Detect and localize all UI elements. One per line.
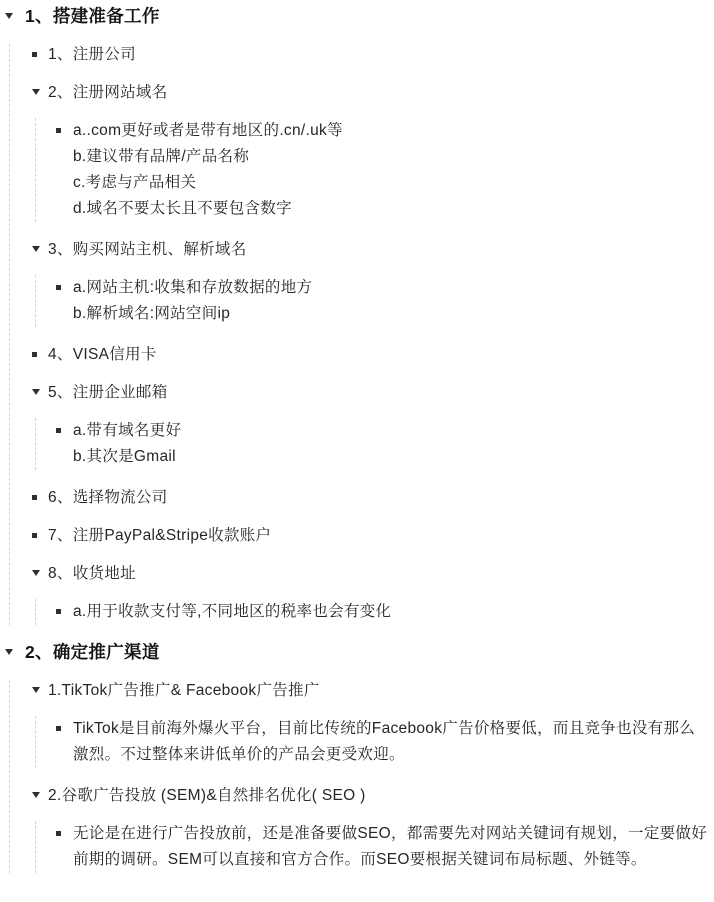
bullet-icon: [56, 609, 61, 614]
outline-item: 5、注册企业邮箱 a.带有域名更好 b.其次是Gmail: [10, 382, 714, 470]
section-children-group: 1.TikTok广告推广& Facebook广告推广 TikTok是目前海外爆火…: [9, 680, 714, 873]
outline-item-label: 2、注册网站域名: [48, 82, 176, 103]
bullet-icon: [56, 831, 61, 836]
marker-cell: [32, 344, 48, 357]
collapse-triangle-icon[interactable]: [32, 89, 40, 95]
note-text-line: a.带有域名更好: [73, 418, 708, 444]
section-title: 1、搭建准备工作: [25, 5, 168, 27]
note-text-line: c.考虑与产品相关: [73, 170, 708, 196]
item-children-group: TikTok是目前海外爆火平台，目前比传统的Facebook广告价格要低，而且竞…: [35, 716, 714, 768]
bullet-icon: [32, 52, 37, 57]
marker-cell: [32, 525, 48, 538]
outline-item-label: 1、注册公司: [48, 44, 144, 65]
marker-cell: [32, 563, 48, 576]
outline-item: 1.TikTok广告推广& Facebook广告推广 TikTok是目前海外爆火…: [10, 680, 714, 768]
note-text-line: a..com更好或者是带有地区的.cn/.uk等: [73, 118, 708, 144]
bullet-icon: [56, 726, 61, 731]
outline-item-label: 6、选择物流公司: [48, 487, 176, 508]
outline-heading-row: 2、确定推广渠道: [0, 641, 714, 663]
outline-note-row: a.带有域名更好 b.其次是Gmail: [36, 418, 714, 470]
marker-cell: [5, 641, 25, 655]
collapse-triangle-icon[interactable]: [5, 13, 13, 19]
note-text-block: TikTok是目前海外爆火平台，目前比传统的Facebook广告价格要低，而且竞…: [73, 716, 714, 768]
note-text-block: 无论是在进行广告投放前，还是准备要做SEO，都需要先对网站关键词有规划，一定要做…: [73, 821, 714, 873]
outline-item: 1、注册公司: [10, 44, 714, 65]
item-children-group: a.网站主机:收集和存放数据的地方 b.解析域名:网站空间ip: [35, 275, 714, 327]
outline-note-row: TikTok是目前海外爆火平台，目前比传统的Facebook广告价格要低，而且竞…: [36, 716, 714, 768]
section-children-group: 1、注册公司 2、注册网站域名 a..com更好或者是带有地区的.cn/.uk等…: [9, 44, 714, 625]
outline-item-label: 7、注册PayPal&Stripe收款账户: [48, 525, 279, 546]
outline-item-label: 3、购买网站主机、解析域名: [48, 239, 255, 260]
note-text-block: a.带有域名更好 b.其次是Gmail: [73, 418, 714, 470]
outline-item: 2、注册网站域名 a..com更好或者是带有地区的.cn/.uk等 b.建议带有…: [10, 82, 714, 222]
outline-note-row: a.用于收款支付等,不同地区的税率也会有变化: [36, 599, 714, 625]
outline-item: 4、VISA信用卡: [10, 344, 714, 365]
outline-item-row: 2、注册网站域名: [10, 82, 714, 103]
bullet-icon: [56, 428, 61, 433]
outline-item-label: 2.谷歌广告投放 (SEM)&自然排名优化( SEO ): [48, 785, 374, 806]
outline-item-row: 5、注册企业邮箱: [10, 382, 714, 403]
marker-cell: [56, 418, 73, 433]
marker-cell: [32, 785, 48, 798]
note-text-line: a.用于收款支付等,不同地区的税率也会有变化: [73, 599, 708, 625]
marker-cell: [56, 275, 73, 290]
note-text-block: a.用于收款支付等,不同地区的税率也会有变化: [73, 599, 714, 625]
item-children-group: 无论是在进行广告投放前，还是准备要做SEO，都需要先对网站关键词有规划，一定要做…: [35, 821, 714, 873]
marker-cell: [56, 599, 73, 614]
outline-item-label: 4、VISA信用卡: [48, 344, 165, 365]
bullet-icon: [56, 285, 61, 290]
outline-section-1: 1、搭建准备工作 1、注册公司 2、注册网站域名: [0, 5, 714, 625]
outline-item-row: 6、选择物流公司: [10, 487, 714, 508]
marker-cell: [5, 5, 25, 19]
marker-cell: [32, 44, 48, 57]
outline-note-row: 无论是在进行广告投放前，还是准备要做SEO，都需要先对网站关键词有规划，一定要做…: [36, 821, 714, 873]
bullet-icon: [32, 352, 37, 357]
outline-item-row: 3、购买网站主机、解析域名: [10, 239, 714, 260]
note-text-line: a.网站主机:收集和存放数据的地方: [73, 275, 708, 301]
bullet-icon: [32, 495, 37, 500]
note-text-line: b.建议带有品牌/产品名称: [73, 144, 708, 170]
collapse-triangle-icon[interactable]: [5, 649, 13, 655]
bullet-icon: [56, 128, 61, 133]
outline-item: 2.谷歌广告投放 (SEM)&自然排名优化( SEO ) 无论是在进行广告投放前…: [10, 785, 714, 873]
outline-note-row: a..com更好或者是带有地区的.cn/.uk等 b.建议带有品牌/产品名称 c…: [36, 118, 714, 222]
collapse-triangle-icon[interactable]: [32, 792, 40, 798]
note-text-line: TikTok是目前海外爆火平台，目前比传统的Facebook广告价格要低，而且竞…: [73, 716, 708, 768]
outline-heading-row: 1、搭建准备工作: [0, 5, 714, 27]
marker-cell: [32, 487, 48, 500]
outline-item-row: 2.谷歌广告投放 (SEM)&自然排名优化( SEO ): [10, 785, 714, 806]
outline-item: 6、选择物流公司: [10, 487, 714, 508]
collapse-triangle-icon[interactable]: [32, 570, 40, 576]
marker-cell: [56, 118, 73, 133]
section-title: 2、确定推广渠道: [25, 641, 168, 663]
item-children-group: a.带有域名更好 b.其次是Gmail: [35, 418, 714, 470]
marker-cell: [56, 716, 73, 731]
outline-section-2: 2、确定推广渠道 1.TikTok广告推广& Facebook广告推广 TikT…: [0, 641, 714, 873]
collapse-triangle-icon[interactable]: [32, 389, 40, 395]
outline-item-row: 1、注册公司: [10, 44, 714, 65]
outline-item-row: 1.TikTok广告推广& Facebook广告推广: [10, 680, 714, 701]
outline-note-row: a.网站主机:收集和存放数据的地方 b.解析域名:网站空间ip: [36, 275, 714, 327]
collapse-triangle-icon[interactable]: [32, 687, 40, 693]
outline-item: 7、注册PayPal&Stripe收款账户: [10, 525, 714, 546]
marker-cell: [32, 239, 48, 252]
note-text-block: a.网站主机:收集和存放数据的地方 b.解析域名:网站空间ip: [73, 275, 714, 327]
marker-cell: [56, 821, 73, 836]
bullet-icon: [32, 533, 37, 538]
note-text-block: a..com更好或者是带有地区的.cn/.uk等 b.建议带有品牌/产品名称 c…: [73, 118, 714, 222]
item-children-group: a..com更好或者是带有地区的.cn/.uk等 b.建议带有品牌/产品名称 c…: [35, 118, 714, 222]
outline-item-row: 8、收货地址: [10, 563, 714, 584]
outline-item: 8、收货地址 a.用于收款支付等,不同地区的税率也会有变化: [10, 563, 714, 625]
outline-item: 3、购买网站主机、解析域名 a.网站主机:收集和存放数据的地方 b.解析域名:网…: [10, 239, 714, 327]
outline-item-label: 8、收货地址: [48, 563, 144, 584]
item-children-group: a.用于收款支付等,不同地区的税率也会有变化: [35, 599, 714, 625]
note-text-line: 无论是在进行广告投放前，还是准备要做SEO，都需要先对网站关键词有规划，一定要做…: [73, 821, 708, 873]
note-text-line: b.解析域名:网站空间ip: [73, 301, 708, 327]
outline-item-label: 1.TikTok广告推广& Facebook广告推广: [48, 680, 328, 701]
outline-item-label: 5、注册企业邮箱: [48, 382, 176, 403]
note-text-line: d.域名不要太长且不要包含数字: [73, 196, 708, 222]
outline-item-row: 7、注册PayPal&Stripe收款账户: [10, 525, 714, 546]
outline-item-row: 4、VISA信用卡: [10, 344, 714, 365]
marker-cell: [32, 680, 48, 693]
note-text-line: b.其次是Gmail: [73, 444, 708, 470]
marker-cell: [32, 382, 48, 395]
marker-cell: [32, 82, 48, 95]
collapse-triangle-icon[interactable]: [32, 246, 40, 252]
outline-document: 1、搭建准备工作 1、注册公司 2、注册网站域名: [0, 5, 714, 873]
